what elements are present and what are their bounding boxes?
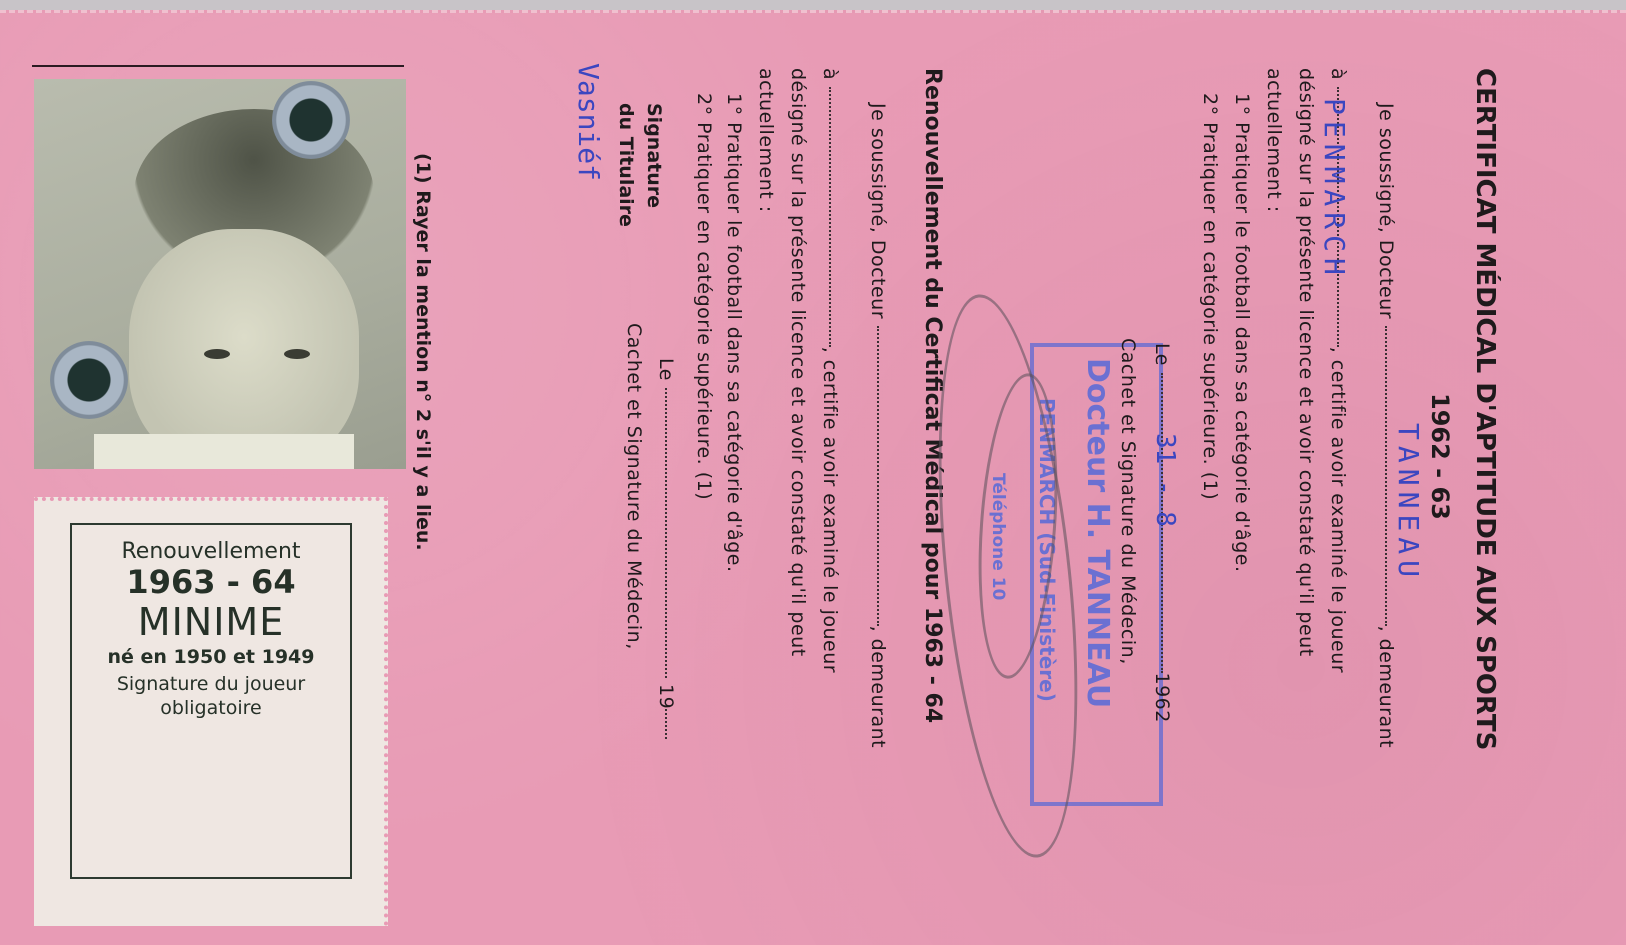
renewal-label-season: 1963 - 64 (72, 564, 350, 600)
renewal-line-1-suffix: , demeurant (867, 626, 889, 749)
footnote: (1) Rayer la mention n° 2 s'il y a lieu. (412, 153, 434, 551)
renewal-date: Le 19 (650, 358, 682, 739)
renewal-line-4: actuellement : (750, 68, 782, 213)
line-2-suffix: , certifie avoir examiné le joueur (1327, 347, 1349, 673)
exam-date: Le 1962 (1146, 343, 1178, 723)
renewal-item-1: 1° Pratiquer le football dans sa catégor… (718, 93, 750, 573)
licence-card: Renouvellement 1963 - 64 MINIME né en 19… (0, 10, 1626, 945)
renewal-doctor-field[interactable] (877, 326, 879, 626)
photo-face (129, 229, 359, 469)
holder-signature-label-line1: Signature (643, 103, 665, 208)
doctor-name-handwritten: TANNEAU (1392, 423, 1425, 583)
renewal-year-field[interactable] (665, 709, 667, 739)
renewal-line-2-prefix: à (819, 68, 841, 80)
renewal-label-born: né en 1950 et 1949 (72, 646, 350, 668)
renewal-date-field[interactable] (665, 388, 667, 678)
holder-signature-label: Signature (640, 103, 668, 208)
renewal-item-2: 2° Pratiquer en catégorie supérieure. (1… (688, 93, 720, 500)
exam-date-prefix: Le (1151, 343, 1173, 366)
doctor-stamp-name: Docteur H. TANNEAU (1080, 358, 1115, 708)
exam-date-handwritten: 31 - 8 (1150, 433, 1180, 527)
holder-signature-label-line2: du Titulaire (615, 103, 637, 227)
signature-caption: Cachet et Signature du Médecin, (1112, 338, 1144, 665)
renewal-date-prefix: Le (655, 358, 677, 381)
certificate-title: CERTIFICAT MÉDICAL D'APTITUDE AUX SPORTS (1470, 68, 1500, 750)
doctor-name-field[interactable] (1385, 326, 1387, 626)
line-1-suffix: , demeurant (1375, 626, 1397, 749)
eyelet-icon (50, 341, 128, 419)
renewal-year-prefix: 19 (655, 684, 677, 709)
renewal-label-note-line1: Signature du joueur (72, 672, 350, 696)
item-2: 2° Pratiquer en catégorie supérieure. (1… (1194, 93, 1226, 500)
photo-shirt (94, 434, 354, 469)
holder-signature-label-2: du Titulaire (612, 103, 640, 227)
holder-signature-handwritten: Vasniéf (572, 63, 605, 181)
item-1: 1° Pratiquer le football dans sa catégor… (1226, 93, 1258, 573)
line-4: actuellement : (1258, 68, 1290, 213)
exam-year: 1962 (1151, 673, 1173, 723)
renewal-label-note-line2: obligatoire (72, 696, 350, 720)
renewal-line-1-prefix: Je soussigné, Docteur (867, 103, 889, 319)
renewal-town-field[interactable] (829, 87, 831, 347)
renewal-signature-caption: Cachet et Signature du Médecin, (618, 323, 650, 650)
renewal-label: Renouvellement 1963 - 64 MINIME né en 19… (34, 497, 388, 926)
renewal-line-2: à , certifie avoir examiné le joueur (814, 68, 846, 673)
renewal-label-category: MINIME (72, 600, 350, 644)
line-2-prefix: à (1327, 68, 1349, 80)
renewal-line-3: désigné sur la présente licence et avoir… (782, 68, 814, 657)
photo-eye-left (204, 349, 230, 359)
season: 1962 - 63 (1426, 393, 1454, 520)
renewal-line-2-suffix: , certifie avoir examiné le joueur (819, 347, 841, 673)
renewal-line-1: Je soussigné, Docteur , demeurant (862, 103, 894, 748)
renewal-label-title: Renouvellement (72, 539, 350, 564)
town-handwritten: PENMARCH (1318, 98, 1351, 281)
line-1-prefix: Je soussigné, Docteur (1375, 103, 1397, 319)
photo-eye-right (284, 349, 310, 359)
renewal-label-box: Renouvellement 1963 - 64 MINIME né en 19… (70, 523, 352, 879)
eyelet-icon (272, 81, 350, 159)
renewal-label-note: Signature du joueur obligatoire (72, 672, 350, 720)
